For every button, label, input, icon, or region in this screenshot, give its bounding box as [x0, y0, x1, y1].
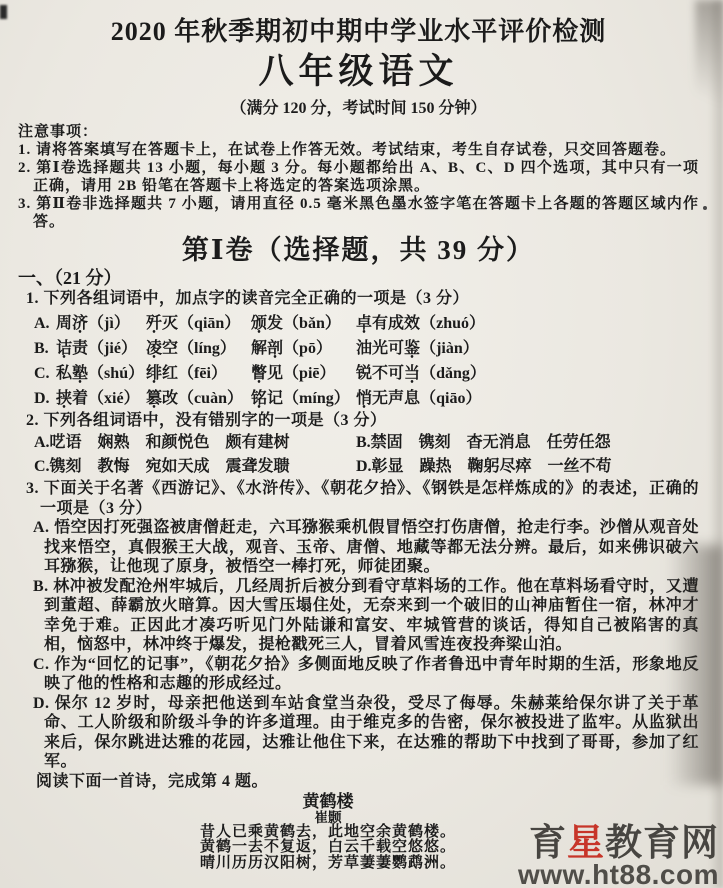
watermark-site-url: www.ht88.com — [518, 861, 719, 888]
word-with-dot: 诘责（jié） — [56, 336, 146, 361]
word-with-dot: 解剖（pō） — [251, 336, 356, 361]
scan-artifact-dot — [703, 206, 707, 210]
option-label: B. — [34, 336, 56, 361]
notice-item-1: 1. 请将答案填写在答题卡上，在试卷上作答无效。考试结束，考生自存试卷，只交回答… — [18, 141, 699, 159]
watermark-name-post: 教育网 — [605, 822, 719, 863]
part1-heading: 一、（21 分） — [18, 268, 699, 289]
section1-heading: 第Ⅰ卷（选择题，共 39 分） — [18, 234, 699, 267]
word-with-dot: 瞥见（piē） — [251, 361, 356, 386]
scan-shadow-top-right — [695, 0, 723, 130]
option-label: C. — [34, 361, 56, 386]
question1-option-c: C. 私塾（shú） 绯红（fēi） 瞥见（piē） 锐不可当（dǎng） — [34, 361, 699, 386]
word-with-dot: 凌空（líng） — [146, 336, 251, 361]
question3-option-c: C. 作为“回忆的记事”，《朝花夕拾》多侧面地反映了作者鲁迅中青年时期的生活，形… — [33, 655, 699, 694]
poem-instruction: 阅读下面一首诗，完成第 4 题。 — [36, 772, 699, 791]
poem-line-2: 黄鹤一去不复返，白云千载空悠悠。 — [118, 840, 538, 856]
question3-option-d: D. 保尔 12 岁时，母亲把他送到车站食堂当杂役，受尽了侮辱。朱赫莱给保尔讲了… — [33, 694, 699, 772]
poem-author: 崔颢 — [118, 811, 538, 825]
option-label: A. — [34, 311, 56, 336]
question2-row-1: A.呓语 娴熟 和颜悦色 颇有建树 B.禁固 镌刻 杳无消息 任劳任怨 — [34, 431, 699, 455]
watermark: 育星教育网 www.ht88.com — [518, 825, 719, 888]
notice-heading: 注意事项： — [18, 123, 699, 141]
poem-line-1: 昔人已乘黄鹤去，此地空余黄鹤楼。 — [118, 825, 538, 841]
poem-block: 黄鹤楼 崔颢 昔人已乘黄鹤去，此地空余黄鹤楼。 黄鹤一去不复返，白云千载空悠悠。… — [118, 793, 538, 872]
question2-option-d: D.彰显 躁热 鞠躬尽瘁 一丝不苟 — [356, 455, 699, 479]
question2-option-b: B.禁固 镌刻 杳无消息 任劳任怨 — [356, 431, 699, 455]
notice-item-2: 2. 第Ⅰ卷选择题共 13 小题，每小题 3 分。每小题都给出 A、B、C、D … — [18, 159, 699, 195]
question3-option-b: B. 林冲被发配沧州牢城后，几经周折后被分到看守草料场的工作。他在草料场看守时，… — [33, 577, 699, 655]
notice-item-3: 3. 第Ⅱ卷非选择题共 7 小题，请用直径 0.5 毫米黑色墨水签字笔在答题卡上… — [18, 195, 699, 231]
watermark-name-star: 星 — [567, 822, 605, 863]
score-and-time: （满分 120 分，考试时间 150 分钟） — [18, 100, 699, 118]
word-with-dot: 锐不可当（dǎng） — [356, 361, 699, 386]
question1-stem: 1. 下列各组词语中，加点字的读音完全正确的一项是（3 分） — [26, 289, 699, 309]
word-with-dot: 油光可鉴（jiàn） — [356, 336, 699, 361]
scan-artifact-corner — [0, 5, 7, 19]
scan-shadow-mid-right — [668, 545, 723, 785]
question1-option-d: D. 挟着（xié） 篡改（cuàn） 铭记（míng） 悄无声息（qiāo） — [34, 386, 699, 411]
word-with-dot: 颁发（bǎn） — [251, 311, 356, 336]
word-with-dot: 绯红（fēi） — [146, 361, 251, 386]
option-label: D. — [34, 386, 56, 411]
poem-title: 黄鹤楼 — [118, 793, 538, 811]
question1-option-a: A. 周济（jì） 歼灭（qiān） 颁发（bǎn） 卓有成效（zhuó） — [34, 311, 699, 336]
word-with-dot: 悄无声息（qiāo） — [356, 386, 699, 411]
watermark-site-name: 育星教育网 — [518, 825, 719, 861]
exam-subject-title: 八年级语文 — [18, 50, 699, 94]
word-with-dot: 歼灭（qiān） — [146, 311, 251, 336]
word-with-dot: 挟着（xié） — [56, 386, 146, 411]
word-with-dot: 卓有成效（zhuó） — [356, 311, 699, 336]
question3-option-a: A. 悟空因打死强盗被唐僧赶走，六耳猕猴乘机假冒悟空打伤唐僧，抢走行李。沙僧从观… — [33, 518, 699, 577]
word-with-dot: 周济（jì） — [56, 311, 146, 336]
question2-option-c: C.镌刻 教悔 宛如天成 震聋发聩 — [34, 455, 356, 479]
watermark-name-pre: 育 — [529, 822, 567, 863]
question2-stem: 2. 下列各组词语中，没有错别字的一项是（3 分） — [26, 411, 699, 431]
poem-line-3: 晴川历历汉阳树，芳草萋萋鹦鹉洲。 — [118, 856, 538, 872]
word-with-dot: 铭记（míng） — [251, 386, 356, 411]
question2-option-a: A.呓语 娴熟 和颜悦色 颇有建树 — [34, 431, 356, 455]
word-with-dot: 私塾（shú） — [56, 361, 146, 386]
exam-title: 2020 年秋季期初中期中学业水平评价检测 — [18, 16, 699, 48]
scanned-exam-page: 2020 年秋季期初中期中学业水平评价检测 八年级语文 （满分 120 分，考试… — [0, 0, 723, 888]
question1-options: A. 周济（jì） 歼灭（qiān） 颁发（bǎn） 卓有成效（zhuó） B.… — [34, 311, 699, 411]
question3-stem: 3. 下面关于名著《西游记》、《水浒传》、《朝花夕拾》、《钢铁是怎样炼成的》的表… — [26, 479, 699, 518]
exam-content: 2020 年秋季期初中期中学业水平评价检测 八年级语文 （满分 120 分，考试… — [0, 0, 723, 871]
question2-row-2: C.镌刻 教悔 宛如天成 震聋发聩 D.彰显 躁热 鞠躬尽瘁 一丝不苟 — [34, 455, 699, 479]
question1-option-b: B. 诘责（jié） 凌空（líng） 解剖（pō） 油光可鉴（jiàn） — [34, 336, 699, 361]
word-with-dot: 篡改（cuàn） — [146, 386, 251, 411]
